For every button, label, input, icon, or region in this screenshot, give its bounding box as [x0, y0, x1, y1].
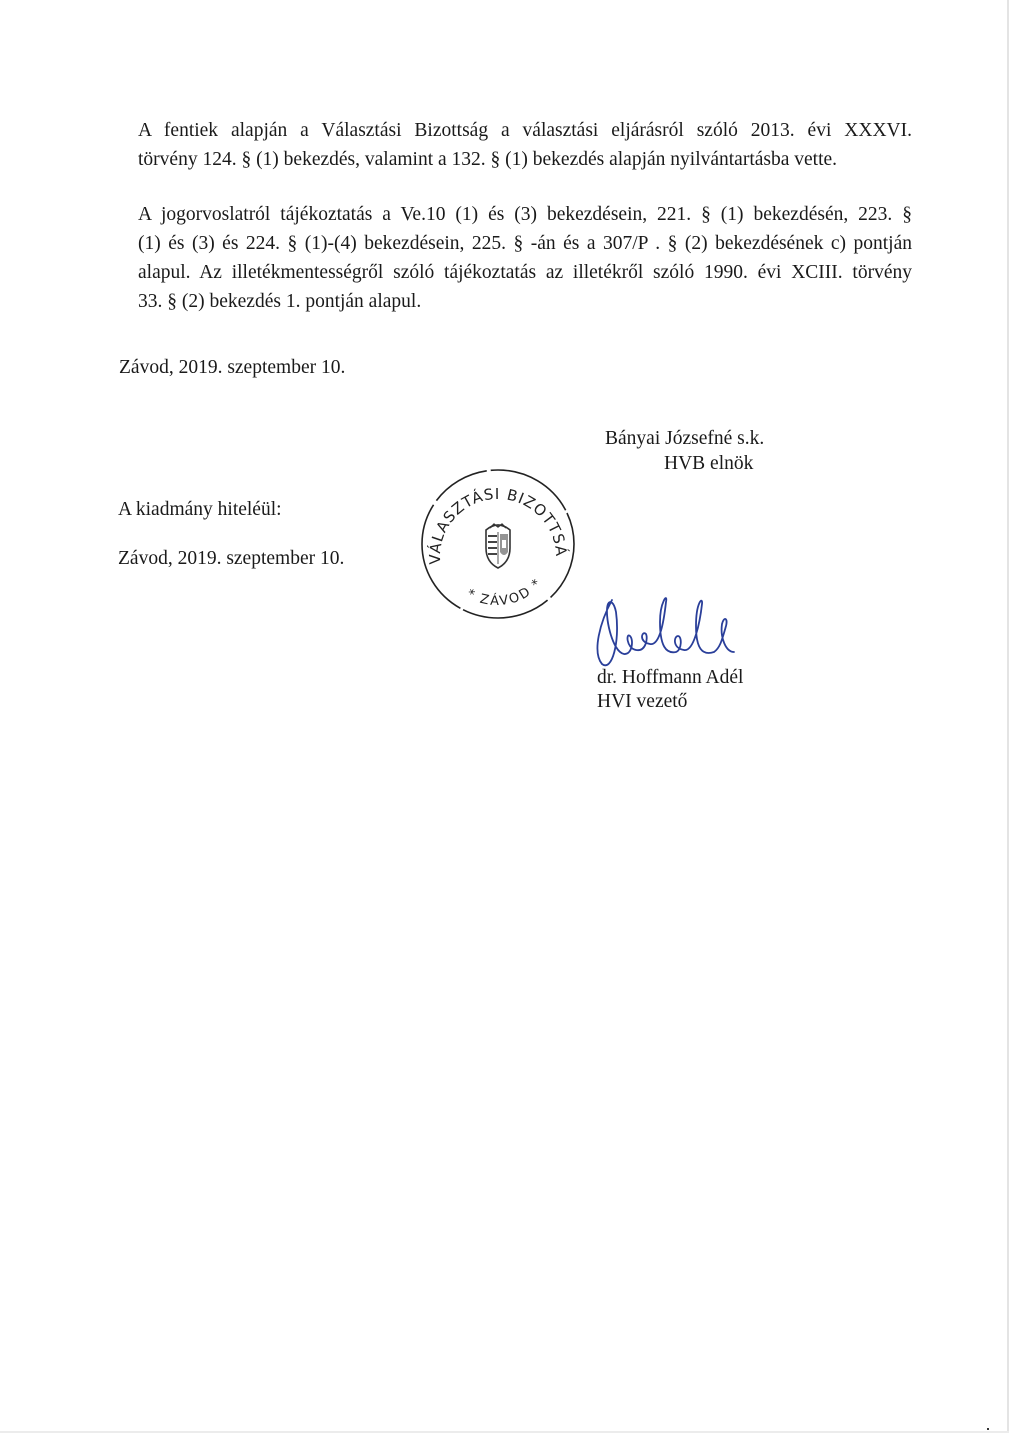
coat-of-arms-icon — [486, 524, 510, 568]
paragraph-line: A fentiek alapján a Választási Bizottság… — [138, 116, 912, 145]
paragraph-line: alapul. Az illetékmentességről szóló táj… — [138, 258, 912, 287]
signer-title: HVB elnök — [664, 452, 753, 476]
signer-name: dr. Hoffmann Adél — [597, 666, 743, 690]
page-edge — [1007, 0, 1009, 1432]
place-date: Závod, 2019. szeptember 10. — [119, 356, 345, 380]
certified-copy-label: A kiadmány hiteléül: — [118, 498, 282, 522]
scan-artifact — [987, 1428, 989, 1430]
signature-icon — [590, 592, 765, 672]
page-edge — [0, 1431, 1009, 1433]
paragraph-line: A jogorvoslatról tájékoztatás a Ve.10 (1… — [138, 200, 912, 229]
paragraph-line: törvény 124. § (1) bekezdés, valamint a … — [138, 145, 912, 174]
svg-text:VÁLASZTÁSI BIZOTTSÁG: VÁLASZTÁSI BIZOTTSÁG — [412, 462, 571, 565]
place-date: Závod, 2019. szeptember 10. — [118, 547, 344, 571]
svg-text:* ZÁVOD *: * ZÁVOD * — [464, 575, 546, 609]
signer-title: HVI vezető — [597, 690, 687, 714]
official-stamp-icon: VÁLASZTÁSI BIZOTTSÁG * ZÁVOD * — [412, 462, 584, 626]
legal-basis-paragraph: A fentiek alapján a Választási Bizottság… — [138, 116, 912, 174]
paragraph-line: (1) és (3) és 224. § (1)-(4) bekezdésein… — [138, 229, 912, 258]
signer-name: Bányai Józsefné s.k. — [605, 427, 764, 451]
legal-remedy-paragraph: A jogorvoslatról tájékoztatás a Ve.10 (1… — [138, 200, 912, 316]
paragraph-line: 33. § (2) bekezdés 1. pontján alapul. — [138, 287, 912, 316]
